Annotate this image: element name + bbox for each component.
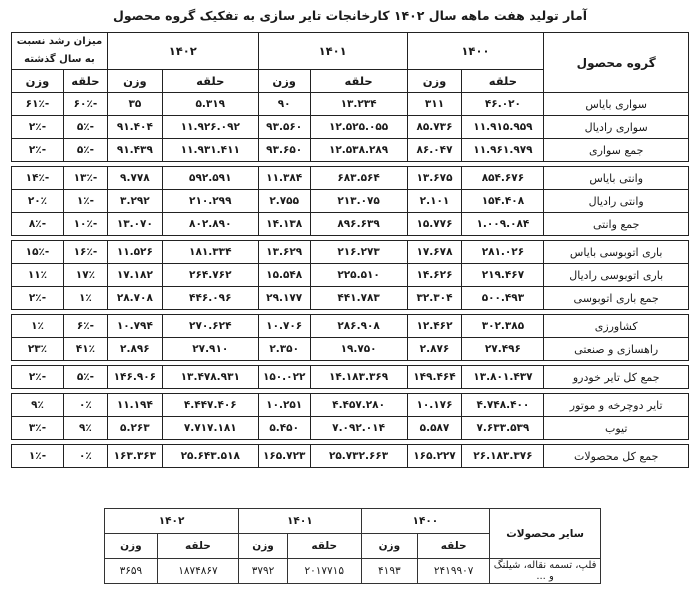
- ring-1400: ۱۱.۹۶۱.۹۷۹: [462, 139, 544, 162]
- growth-ring: ۴۱٪: [63, 338, 107, 361]
- sub-header-ring: حلقه: [418, 534, 490, 559]
- ring-1400: ۸۵۴.۶۷۶: [462, 167, 544, 190]
- growth-weight: -۲٪: [12, 116, 64, 139]
- weight-1402: ۱۱.۵۲۶: [107, 241, 162, 264]
- weight-1400: ۲.۱۰۱: [407, 190, 462, 213]
- weight-1400: ۱۰.۱۷۶: [407, 394, 462, 417]
- weight-1400: ۱۴.۶۲۶: [407, 264, 462, 287]
- product-group-name: جمع سواری: [544, 139, 689, 162]
- weight-1402: ۱۳.۰۷۰: [107, 213, 162, 236]
- growth-weight: ۲۳٪: [12, 338, 64, 361]
- table-row: وانتی بایاس۸۵۴.۶۷۶۱۳.۶۷۵۶۸۳.۵۶۴۱۱.۳۸۴۵۹۲…: [12, 167, 689, 190]
- weight-1400: ۳۲.۳۰۴: [407, 287, 462, 310]
- ring-1401: ۸۹۶.۶۳۹: [310, 213, 407, 236]
- sub-header-ring: حلقه: [162, 70, 258, 93]
- sub-header-weight: وزن: [12, 70, 64, 93]
- weight-1402: ۲۸.۷۰۸: [107, 287, 162, 310]
- table-row: سواری رادیال۱۱.۹۱۵.۹۵۹۸۵.۷۳۶۱۲.۵۲۵.۰۵۵۹۳…: [12, 116, 689, 139]
- growth-ring: -۵٪: [63, 366, 107, 389]
- growth-ring: ۹٪: [63, 417, 107, 440]
- other-products-table: سایر محصولات ۱۴۰۰ ۱۴۰۱ ۱۴۰۲ حلقه وزن حلق…: [104, 508, 601, 584]
- weight-1401: ۱۴.۱۳۸: [258, 213, 310, 236]
- ring-1402: ۸۰۲.۸۹۰: [162, 213, 258, 236]
- table-row: راهسازی و صنعتی۲۷.۴۹۶۲.۸۷۶۱۹.۷۵۰۲.۳۵۰۲۷.…: [12, 338, 689, 361]
- table-row: باری اتوبوسی رادیال۲۱۹.۴۶۷۱۴.۶۲۶۲۲۵.۵۱۰۱…: [12, 264, 689, 287]
- ring-1400: ۱۳.۸۰۱.۴۳۷: [462, 366, 544, 389]
- weight-1401: ۱۶۵.۷۲۳: [258, 445, 310, 468]
- ring-1400: ۴۶.۰۲۰: [462, 93, 544, 116]
- page-title: آمار تولید هفت ماهه سال ۱۴۰۲ کارخانجات ت…: [0, 8, 700, 23]
- ring-1401: ۲۵.۷۳۲.۶۶۳: [310, 445, 407, 468]
- table-row: جمع باری اتوبوسی۵۰۰.۴۹۳۳۲.۳۰۴۴۴۱.۷۸۳۲۹.۱…: [12, 287, 689, 310]
- weight-1400: ۵.۵۸۷: [407, 417, 462, 440]
- ring-1401: ۱۳.۲۳۴: [310, 93, 407, 116]
- growth-weight: -۱٪: [12, 445, 64, 468]
- ring-1400: ۱۵۴.۴۰۸: [462, 190, 544, 213]
- weight-1401: ۱۱.۳۸۴: [258, 167, 310, 190]
- weight-1402: ۳۶۵۹: [105, 559, 158, 584]
- ring-1400: ۴.۷۴۸.۴۰۰: [462, 394, 544, 417]
- product-group-name: تایر دوچرخه و موتور: [544, 394, 689, 417]
- sub-header-weight: وزن: [239, 534, 288, 559]
- weight-1402: ۱۰.۷۹۴: [107, 315, 162, 338]
- ring-1401: ۱۴.۱۸۳.۳۶۹: [310, 366, 407, 389]
- weight-1400: ۸۶.۰۴۷: [407, 139, 462, 162]
- ring-1402: ۱۸۱.۳۳۴: [162, 241, 258, 264]
- product-group-name: جمع باری اتوبوسی: [544, 287, 689, 310]
- sub-header-weight: وزن: [105, 534, 158, 559]
- group-column-header: گروه محصول: [544, 33, 689, 93]
- table-row: وانتی رادیال۱۵۴.۴۰۸۲.۱۰۱۲۱۳.۰۷۵۲.۷۵۵۲۱۰.…: [12, 190, 689, 213]
- table-row: جمع وانتی۱.۰۰۹.۰۸۴۱۵.۷۷۶۸۹۶.۶۳۹۱۴.۱۳۸۸۰۲…: [12, 213, 689, 236]
- ring-1401: ۶۸۳.۵۶۴: [310, 167, 407, 190]
- growth-ring: -۱۶٪: [63, 241, 107, 264]
- table-row: سواری بایاس۴۶.۰۲۰۳۱۱۱۳.۲۳۴۹۰۵.۳۱۹۳۵-۶۰٪-…: [12, 93, 689, 116]
- weight-1402: ۱۶۳.۳۶۳: [107, 445, 162, 468]
- growth-ring: ۰٪: [63, 394, 107, 417]
- ring-1401: ۲۸۶.۹۰۸: [310, 315, 407, 338]
- ring-1401: ۱۲.۵۲۵.۰۵۵: [310, 116, 407, 139]
- ring-1402: ۲۷۰.۶۲۴: [162, 315, 258, 338]
- weight-1400: ۱۲.۴۶۲: [407, 315, 462, 338]
- weight-1401: ۱۵۰.۰۲۲: [258, 366, 310, 389]
- weight-1400: ۱۷.۶۷۸: [407, 241, 462, 264]
- weight-1401: ۲۹.۱۷۷: [258, 287, 310, 310]
- year-header-1402: ۱۴۰۲: [107, 33, 258, 70]
- weight-1401: ۱۰.۲۵۱: [258, 394, 310, 417]
- growth-weight: -۱۵٪: [12, 241, 64, 264]
- sub-header-weight: وزن: [258, 70, 310, 93]
- ring-1400: ۲۱۹.۴۶۷: [462, 264, 544, 287]
- weight-1402: ۹۱.۴۳۹: [107, 139, 162, 162]
- weight-1402: ۵.۲۶۳: [107, 417, 162, 440]
- sub-header-weight: وزن: [107, 70, 162, 93]
- weight-1400: ۱۴۹.۴۶۴: [407, 366, 462, 389]
- ring-1400: ۷.۶۳۳.۵۳۹: [462, 417, 544, 440]
- table-row: کشاورزی۳۰۲.۳۸۵۱۲.۴۶۲۲۸۶.۹۰۸۱۰.۷۰۶۲۷۰.۶۲۴…: [12, 315, 689, 338]
- product-group-name: جمع کل تایر خودرو: [544, 366, 689, 389]
- other-year-1401: ۱۴۰۱: [239, 509, 361, 534]
- other-year-1402: ۱۴۰۲: [105, 509, 239, 534]
- weight-1400: ۴۱۹۳: [361, 559, 418, 584]
- ring-1402: ۱۳.۴۷۸.۹۳۱: [162, 366, 258, 389]
- product-group-name: وانتی رادیال: [544, 190, 689, 213]
- table-row: جمع کل محصولات۲۶.۱۸۳.۳۷۶۱۶۵.۲۲۷۲۵.۷۳۲.۶۶…: [12, 445, 689, 468]
- product-group-name: سواری بایاس: [544, 93, 689, 116]
- weight-1401: ۱۰.۷۰۶: [258, 315, 310, 338]
- weight-1402: ۱۴۶.۹۰۶: [107, 366, 162, 389]
- ring-1401: ۴.۴۵۷.۲۸۰: [310, 394, 407, 417]
- weight-1401: ۱۳.۶۲۹: [258, 241, 310, 264]
- growth-weight: -۲٪: [12, 366, 64, 389]
- table-row: جمع سواری۱۱.۹۶۱.۹۷۹۸۶.۰۴۷۱۲.۵۳۸.۲۸۹۹۳.۶۵…: [12, 139, 689, 162]
- growth-ring: -۵٪: [63, 139, 107, 162]
- weight-1402: ۹۱.۴۰۴: [107, 116, 162, 139]
- growth-weight: -۳٪: [12, 417, 64, 440]
- growth-weight: ۱۱٪: [12, 264, 64, 287]
- ring-1402: ۱۸۷۴۸۶۷: [157, 559, 238, 584]
- table-row: باری اتوبوسی بایاس۲۸۱.۰۲۶۱۷.۶۷۸۲۱۶.۲۷۳۱۳…: [12, 241, 689, 264]
- weight-1401: ۲.۷۵۵: [258, 190, 310, 213]
- sub-header-ring: حلقه: [462, 70, 544, 93]
- ring-1402: ۵.۳۱۹: [162, 93, 258, 116]
- ring-1401: ۲۲۵.۵۱۰: [310, 264, 407, 287]
- ring-1401: ۱۲.۵۳۸.۲۸۹: [310, 139, 407, 162]
- table-row: فلپ، تسمه نقاله، شیلنگ و ... ۲۴۱۹۹۰۷ ۴۱۹…: [105, 559, 601, 584]
- ring-1402: ۱۱.۹۲۶.۰۹۲: [162, 116, 258, 139]
- weight-1401: ۲.۳۵۰: [258, 338, 310, 361]
- product-group-name: راهسازی و صنعتی: [544, 338, 689, 361]
- ring-1401: ۲۱۳.۰۷۵: [310, 190, 407, 213]
- ring-1400: ۵۰۰.۴۹۳: [462, 287, 544, 310]
- ring-1400: ۲۴۱۹۹۰۷: [418, 559, 490, 584]
- weight-1401: ۵.۴۵۰: [258, 417, 310, 440]
- weight-1402: ۱۱.۱۹۴: [107, 394, 162, 417]
- ring-1400: ۲۷.۴۹۶: [462, 338, 544, 361]
- weight-1400: ۱۵.۷۷۶: [407, 213, 462, 236]
- production-table: گروه محصول ۱۴۰۰ ۱۴۰۱ ۱۴۰۲ میزان رشد نسبت…: [11, 32, 689, 468]
- weight-1400: ۳۱۱: [407, 93, 462, 116]
- sub-header-weight: وزن: [361, 534, 418, 559]
- product-group-name: وانتی بایاس: [544, 167, 689, 190]
- sub-header-ring: حلقه: [310, 70, 407, 93]
- table-row: تایر دوچرخه و موتور۴.۷۴۸.۴۰۰۱۰.۱۷۶۴.۴۵۷.…: [12, 394, 689, 417]
- growth-ring: -۵٪: [63, 116, 107, 139]
- growth-ring: ۱۷٪: [63, 264, 107, 287]
- weight-1400: ۸۵.۷۳۶: [407, 116, 462, 139]
- growth-weight: -۱۴٪: [12, 167, 64, 190]
- weight-1400: ۱۶۵.۲۲۷: [407, 445, 462, 468]
- growth-weight: ۲۰٪: [12, 190, 64, 213]
- ring-1400: ۱.۰۰۹.۰۸۴: [462, 213, 544, 236]
- ring-1402: ۲۶۴.۷۶۲: [162, 264, 258, 287]
- year-header-1400: ۱۴۰۰: [407, 33, 544, 70]
- ring-1402: ۵۹۲.۵۹۱: [162, 167, 258, 190]
- weight-1400: ۱۳.۶۷۵: [407, 167, 462, 190]
- weight-1400: ۲.۸۷۶: [407, 338, 462, 361]
- growth-ring: ۱٪: [63, 287, 107, 310]
- weight-1402: ۲.۸۹۶: [107, 338, 162, 361]
- product-group-name: باری اتوبوسی بایاس: [544, 241, 689, 264]
- sub-header-weight: وزن: [407, 70, 462, 93]
- growth-weight: -۲٪: [12, 287, 64, 310]
- other-year-1400: ۱۴۰۰: [361, 509, 490, 534]
- growth-ring: -۱۳٪: [63, 167, 107, 190]
- sub-header-ring: حلقه: [157, 534, 238, 559]
- weight-1402: ۳۵: [107, 93, 162, 116]
- ring-1401: ۴۴۱.۷۸۳: [310, 287, 407, 310]
- other-products-header: سایر محصولات: [490, 509, 601, 559]
- ring-1401: ۷.۰۹۲.۰۱۴: [310, 417, 407, 440]
- sub-header-ring: حلقه: [63, 70, 107, 93]
- weight-1401: ۹۰: [258, 93, 310, 116]
- growth-weight: -۲٪: [12, 139, 64, 162]
- growth-ring: -۱٪: [63, 190, 107, 213]
- growth-ring: -۶۰٪: [63, 93, 107, 116]
- ring-1402: ۴۴۶.۰۹۶: [162, 287, 258, 310]
- product-group-name: تیوب: [544, 417, 689, 440]
- product-group-name: سواری رادیال: [544, 116, 689, 139]
- sub-header-ring: حلقه: [287, 534, 361, 559]
- ring-1400: ۱۱.۹۱۵.۹۵۹: [462, 116, 544, 139]
- growth-weight: -۶۱٪: [12, 93, 64, 116]
- weight-1402: ۱۷.۱۸۲: [107, 264, 162, 287]
- ring-1402: ۲۱۰.۲۹۹: [162, 190, 258, 213]
- growth-weight: ۱٪: [12, 315, 64, 338]
- growth-weight: ۹٪: [12, 394, 64, 417]
- ring-1402: ۲۷.۹۱۰: [162, 338, 258, 361]
- product-group-name: جمع کل محصولات: [544, 445, 689, 468]
- table-row: جمع کل تایر خودرو۱۳.۸۰۱.۴۳۷۱۴۹.۴۶۴۱۴.۱۸۳…: [12, 366, 689, 389]
- ring-1401: ۲۰۱۷۷۱۵: [287, 559, 361, 584]
- ring-1402: ۴.۴۴۷.۴۰۶: [162, 394, 258, 417]
- weight-1401: ۳۷۹۲: [239, 559, 288, 584]
- table-body: سواری بایاس۴۶.۰۲۰۳۱۱۱۳.۲۳۴۹۰۵.۳۱۹۳۵-۶۰٪-…: [12, 93, 689, 468]
- ring-1402: ۲۵.۶۴۳.۵۱۸: [162, 445, 258, 468]
- ring-1400: ۲۸۱.۰۲۶: [462, 241, 544, 264]
- product-group-name: باری اتوبوسی رادیال: [544, 264, 689, 287]
- ring-1402: ۱۱.۹۳۱.۴۱۱: [162, 139, 258, 162]
- weight-1402: ۹.۷۷۸: [107, 167, 162, 190]
- growth-ring: -۶٪: [63, 315, 107, 338]
- product-group-name: کشاورزی: [544, 315, 689, 338]
- growth-ring: -۱۰٪: [63, 213, 107, 236]
- weight-1401: ۹۳.۶۵۰: [258, 139, 310, 162]
- weight-1401: ۱۵.۵۴۸: [258, 264, 310, 287]
- ring-1400: ۲۶.۱۸۳.۳۷۶: [462, 445, 544, 468]
- product-name: فلپ، تسمه نقاله، شیلنگ و ...: [490, 559, 601, 584]
- weight-1401: ۹۳.۵۶۰: [258, 116, 310, 139]
- ring-1400: ۳۰۲.۳۸۵: [462, 315, 544, 338]
- ring-1401: ۱۹.۷۵۰: [310, 338, 407, 361]
- product-group-name: جمع وانتی: [544, 213, 689, 236]
- weight-1402: ۳.۲۹۲: [107, 190, 162, 213]
- year-header-1401: ۱۴۰۱: [258, 33, 407, 70]
- ring-1402: ۷.۷۱۷.۱۸۱: [162, 417, 258, 440]
- growth-header: میزان رشد نسبت به سال گذشته: [12, 33, 108, 70]
- table-row: تیوب۷.۶۳۳.۵۳۹۵.۵۸۷۷.۰۹۲.۰۱۴۵.۴۵۰۷.۷۱۷.۱۸…: [12, 417, 689, 440]
- growth-weight: -۸٪: [12, 213, 64, 236]
- growth-ring: ۰٪: [63, 445, 107, 468]
- ring-1401: ۲۱۶.۲۷۳: [310, 241, 407, 264]
